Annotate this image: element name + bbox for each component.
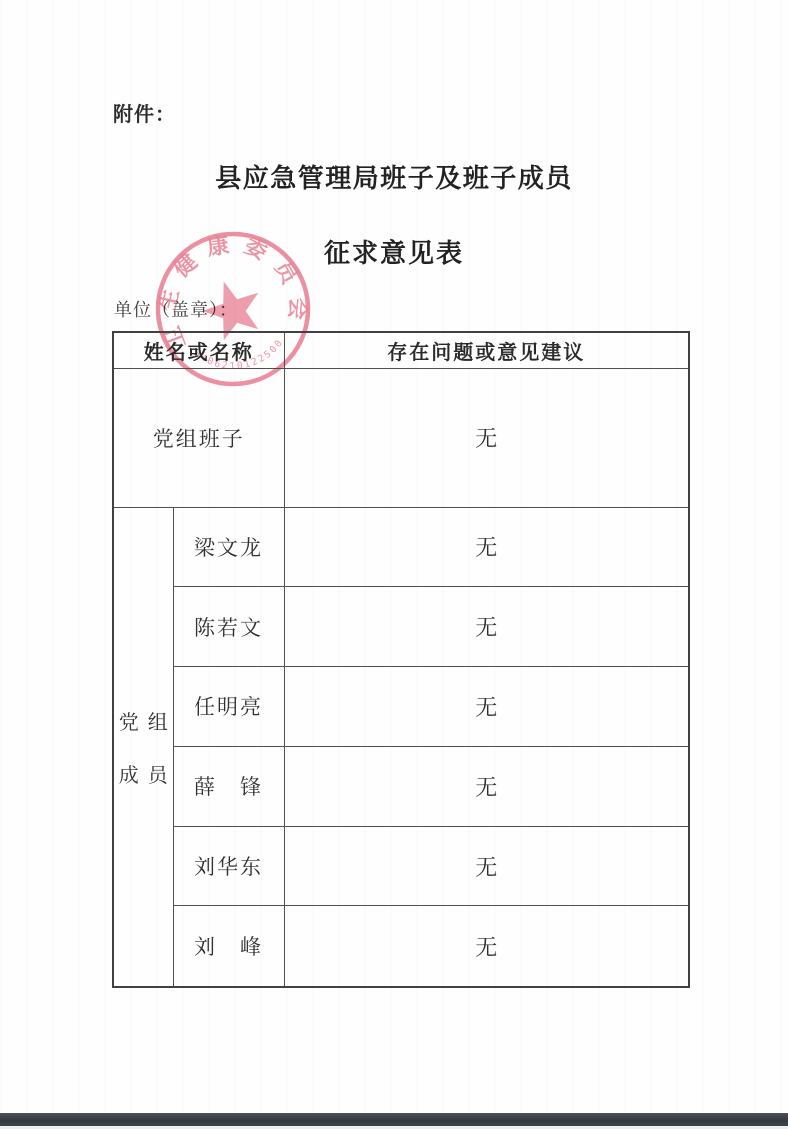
opinion-cell: 无	[284, 746, 689, 826]
member-group-label-cell: 党组 成员	[113, 507, 173, 987]
member-name-cell: 刘 峰	[173, 906, 284, 987]
attachment-label: 附件：	[113, 98, 176, 127]
opinion-form-table: 姓名或名称 存在问题或意见建议 党组班子 无 党组 成员 梁文龙 无 陈若文	[112, 331, 690, 988]
member-name-cell: 刘华东	[173, 826, 284, 906]
member-group-label: 党组 成员	[114, 706, 173, 788]
party-group-name-cell: 党组班子	[113, 368, 284, 507]
opinion-cell: 无	[284, 906, 689, 987]
table-row-member: 任明亮 无	[113, 667, 689, 747]
group-label-line: 成员	[119, 759, 177, 788]
opinion-cell: 无	[284, 368, 689, 507]
member-name-cell: 薛 锋	[173, 746, 284, 826]
member-name-cell: 任明亮	[173, 667, 284, 747]
table-row-member: 陈若文 无	[113, 587, 689, 667]
group-label-line: 党组	[119, 706, 177, 735]
opinion-cell: 无	[284, 667, 689, 747]
member-name-cell: 梁文龙	[173, 507, 284, 587]
table-row-member: 薛 锋 无	[113, 746, 689, 826]
scanned-document-page: 附件： 县应急管理局班子及班子成员 征求意见表 单位（盖章）： 卫生健康委员会 …	[0, 0, 788, 1129]
document-subtitle: 征求意见表	[0, 233, 788, 270]
opinion-cell: 无	[284, 587, 689, 667]
opinion-cell: 无	[284, 826, 689, 906]
table-row-party-group: 党组班子 无	[113, 368, 689, 507]
member-name-cell: 陈若文	[173, 587, 284, 667]
table-row-member: 刘 峰 无	[113, 906, 689, 987]
table-header-row: 姓名或名称 存在问题或意见建议	[113, 332, 689, 368]
column-header-name: 姓名或名称	[113, 332, 284, 368]
table-row-member: 刘华东 无	[113, 826, 689, 906]
column-header-opinion: 存在问题或意见建议	[284, 332, 689, 368]
table-row-member: 党组 成员 梁文龙 无	[113, 507, 689, 587]
scan-edge-bar	[0, 1113, 788, 1126]
document-title: 县应急管理局班子及班子成员	[0, 158, 788, 195]
opinion-cell: 无	[284, 507, 689, 587]
